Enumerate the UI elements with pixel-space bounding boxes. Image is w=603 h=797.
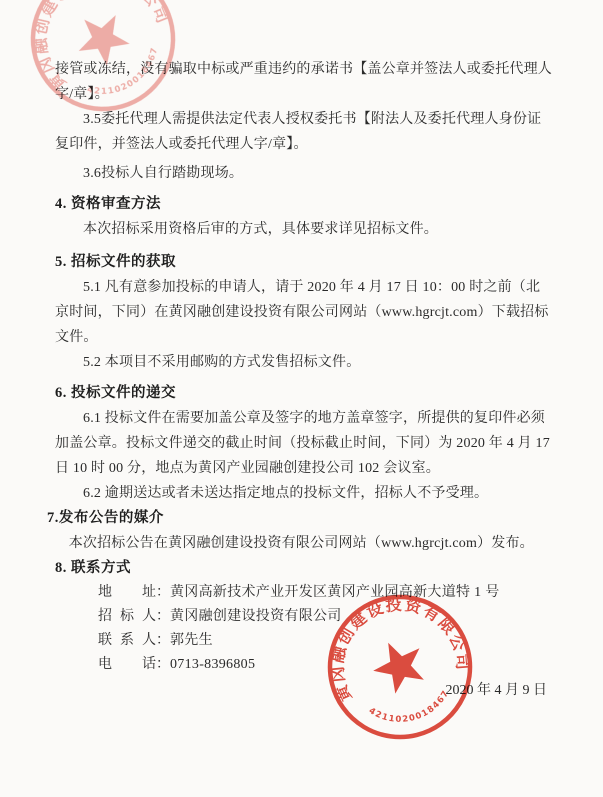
body-line: 5.2 本项目不采用邮购的方式发售招标文件。 xyxy=(55,350,547,375)
contact-colon: ： xyxy=(156,633,170,648)
body-line: 日 10 时 00 分，地点为黄冈产业园融创建投公司 102 会议室。 xyxy=(55,456,547,481)
body-line: 本次招标采用资格后审的方式，具体要求详见招标文件。 xyxy=(55,217,547,242)
section-heading-6: 6. 投标文件的递交 xyxy=(55,381,547,406)
document-body: 接管或冻结，没有骗取中标或严重违约的承诺书【盖公章并签法人或委托代理人 字/章】… xyxy=(55,57,547,703)
body-line: 文件。 xyxy=(55,325,547,350)
section-heading-7: 7.发布公告的媒介 xyxy=(47,506,547,531)
contact-colon: ： xyxy=(156,609,170,624)
body-line: 6.2 逾期送达或者未送达指定地点的投标文件，招标人不予受理。 xyxy=(55,481,547,506)
body-line: 3.6投标人自行踏勘现场。 xyxy=(55,161,547,186)
contact-row-person: 联系人：郭先生 xyxy=(98,629,547,653)
contact-row-address: 地址：黄冈高新技术产业开发区黄冈产业园高新大道特 1 号 xyxy=(98,581,547,605)
body-line: 复印件，并签法人或委托代理人字/章】。 xyxy=(55,132,547,157)
section-heading-4: 4. 资格审查方法 xyxy=(55,192,547,217)
document-date: 2020 年 4 月 9 日 xyxy=(55,678,547,703)
contact-value: 黄冈融创建设投资有限公司 xyxy=(170,609,342,624)
section-heading-5: 5. 招标文件的获取 xyxy=(55,250,547,275)
contact-colon: ： xyxy=(156,657,170,672)
body-line: 加盖公章。投标文件递交的截止时间（投标截止时间，下同）为 2020 年 4 月 … xyxy=(55,431,547,456)
body-line: 3.5委托代理人需提供法定代表人授权委托书【附法人及委托代理人身份证 xyxy=(55,107,547,132)
contact-value: 郭先生 xyxy=(170,633,213,648)
contact-colon: ： xyxy=(156,585,170,600)
scanned-document-page: 黄冈融创建设投资有限公司 4211020018467 接管或冻结，没有骗取中标或… xyxy=(0,0,603,797)
contact-value: 黄冈高新技术产业开发区黄冈产业园高新大道特 1 号 xyxy=(170,585,500,600)
contact-row-phone: 电话：0713-8396805 xyxy=(98,653,547,677)
contact-label: 招标人 xyxy=(98,605,156,629)
body-line: 京时间，下同）在黄冈融创建设投资有限公司网站（www.hgrcjt.com）下载… xyxy=(55,300,547,325)
body-line: 6.1 投标文件在需要加盖公章及签字的地方盖章签字，所提供的复印件必须 xyxy=(55,406,547,431)
body-line: 接管或冻结，没有骗取中标或严重违约的承诺书【盖公章并签法人或委托代理人 xyxy=(55,57,547,82)
contact-value: 0713-8396805 xyxy=(170,657,255,672)
contact-label: 地址 xyxy=(98,581,156,605)
body-line: 本次招标公告在黄冈融创建设投资有限公司网站（www.hgrcjt.com）发布。 xyxy=(47,531,547,556)
body-line: 字/章】。 xyxy=(55,82,547,107)
body-line: 5.1 凡有意参加投标的申请人，请于 2020 年 4 月 17 日 10：00… xyxy=(55,275,547,300)
contact-row-tenderer: 招标人：黄冈融创建设投资有限公司 xyxy=(98,605,547,629)
section-heading-8: 8. 联系方式 xyxy=(55,556,547,581)
contact-label: 联系人 xyxy=(98,629,156,653)
contact-label: 电话 xyxy=(98,653,156,677)
